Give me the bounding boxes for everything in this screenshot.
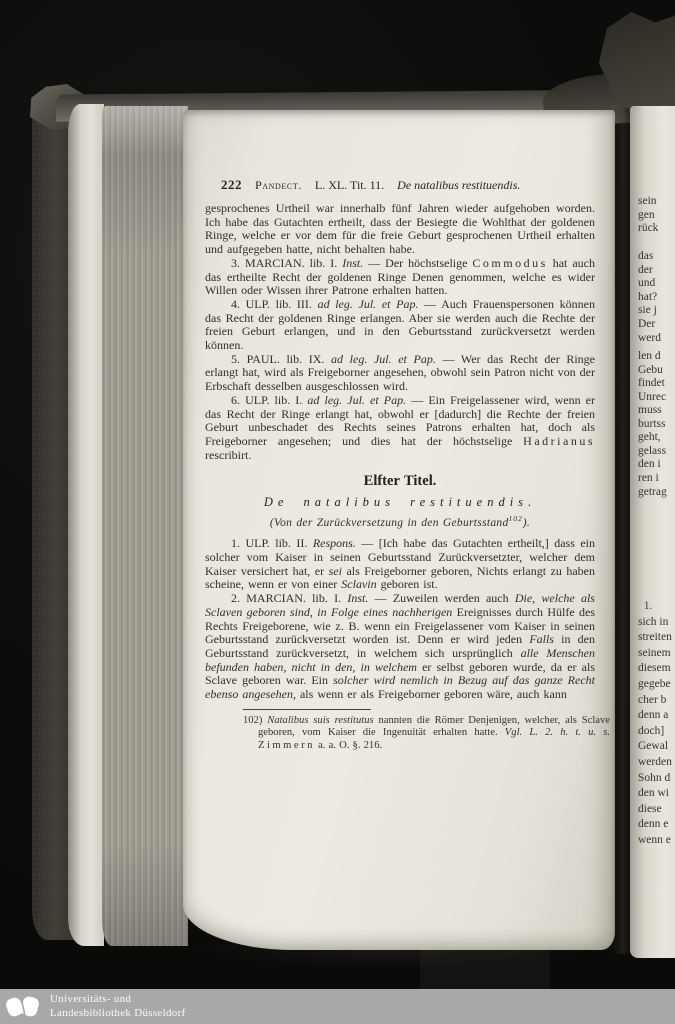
library-watermark-bar: Universitäts- und Landesbibliothek Düsse… (0, 989, 675, 1024)
text-run: a. a. O. §. 216. (315, 740, 382, 751)
text-run: gesprochenes Urtheil war innerhalb fünf … (205, 201, 595, 256)
text-run: Zimmern (258, 740, 315, 751)
text-run: Falls (529, 632, 554, 646)
text-run: ad leg. Jul. et Pap. (331, 352, 436, 366)
book-gutter (612, 108, 632, 954)
right-page-text-fragment-5: 1. sich in streiten seinem diesem gegebe… (638, 599, 672, 849)
ulb-logo-icon (5, 992, 41, 1022)
text-run: Commodus (472, 256, 547, 270)
photo-stage: 222 Pandect. L. XL. Tit. 11. De natalibu… (0, 0, 675, 1024)
background-shadow-seam (420, 946, 550, 990)
page-fore-edge-inner (68, 104, 104, 946)
footnote-separator (243, 709, 371, 710)
title11-paragraph-1: 1. ULP. lib. II. Respons. — [Ich habe da… (205, 537, 595, 592)
library-name-line1: Universitäts- und (50, 993, 186, 1007)
text-run: Sclavin (341, 577, 376, 591)
text-run: 102) (243, 715, 267, 726)
text-run: (Von der Zurückversetzung in den Geburts… (270, 517, 509, 529)
text-run: 1. ULP. lib. II. (231, 536, 313, 550)
section-subtitle-german: (Von der Zurückversetzung in den Geburts… (205, 512, 595, 531)
text-run: 3. MARCIAN. lib. I. (231, 256, 342, 270)
text-run: ad leg. Jul. et Pap. (307, 393, 406, 407)
text-run: Inst. (342, 256, 363, 270)
footnote-102: 102) Natalibus suis restitutus nannten d… (243, 715, 610, 753)
right-page-sliver: sein gen rückdas der und hat? sie j Der … (630, 106, 675, 958)
section-subtitle-latin: De natalibus restituendis. (205, 496, 595, 510)
text-run: Elfter Titel. (364, 473, 437, 489)
text-run: 102 (509, 514, 523, 523)
title11-paragraph-2: 2. MARCIAN. lib. I. Inst. — Zuweilen wer… (205, 592, 595, 702)
right-page-fragments: sein gen rückdas der und hat? sie j Der … (630, 106, 675, 958)
text-run: Vgl. L. 2. h. t. u. s. (505, 727, 610, 738)
paragraph-3: 3. MARCIAN. lib. I. Inst. — Der höchstse… (205, 257, 595, 298)
right-page-text-fragment-3: len d Gebu findet Unrec (638, 350, 666, 404)
running-header: 222 Pandect. L. XL. Tit. 11. De natalibu… (205, 177, 595, 193)
right-page-text-fragment-2: das der und hat? sie j Der werd (638, 250, 661, 345)
text-run: Inst. (347, 591, 368, 605)
book-bottom-shadow (150, 944, 640, 990)
text-run: — Zuweilen werden auch (368, 591, 515, 605)
library-name: Universitäts- und Landesbibliothek Düsse… (50, 993, 186, 1020)
paragraph-6: 6. ULP. lib. I. ad leg. Jul. et Pap. — E… (205, 394, 595, 463)
text-run: 6. ULP. lib. I. (231, 393, 307, 407)
text-run: Hadrianus (523, 434, 595, 448)
text-run: sei (329, 564, 342, 578)
right-page-text-fragment-1: sein gen rück (638, 195, 658, 236)
page-edge-stack (102, 106, 188, 946)
page-number: 222 (221, 177, 242, 193)
paragraph-4: 4. ULP. lib. III. ad leg. Jul. et Pap. —… (205, 298, 595, 353)
text-run: rescribirt. (205, 448, 251, 462)
text-run: Natalibus suis restitutus (267, 715, 373, 726)
right-page-text-fragment-4: muss burtss geht, gelass den i ren i get… (638, 404, 667, 499)
text-run: 2. MARCIAN. lib. I. (231, 591, 347, 605)
header-latin-title: De natalibus restituendis. (397, 178, 520, 193)
text-run: 4. ULP. lib. III. (231, 297, 318, 311)
paragraph-5: 5. PAUL. lib. IX. ad leg. Jul. et Pap. —… (205, 353, 595, 394)
library-name-line2: Landesbibliothek Düsseldorf (50, 1007, 186, 1021)
text-run: Respons. (313, 536, 356, 550)
header-work-title: Pandect. (255, 178, 302, 193)
text-run: De natalibus restituendis. (264, 495, 536, 509)
paragraph-continuation: gesprochenes Urtheil war innerhalb fünf … (205, 202, 595, 257)
left-page: 222 Pandect. L. XL. Tit. 11. De natalibu… (183, 110, 615, 950)
text-run: — Der höchstselige (363, 256, 472, 270)
text-run: ). (523, 517, 530, 529)
header-citation: L. XL. Tit. 11. (315, 178, 384, 193)
section-title: Elfter Titel. (205, 475, 595, 489)
text-run: als wenn er als Freigeborner geboren wär… (296, 687, 567, 701)
text-run: geboren ist. (377, 577, 438, 591)
text-run: 5. PAUL. lib. IX. (231, 352, 331, 366)
text-blocks: gesprochenes Urtheil war innerhalb fünf … (205, 202, 595, 702)
text-run: ad leg. Jul. et Pap. (318, 297, 419, 311)
